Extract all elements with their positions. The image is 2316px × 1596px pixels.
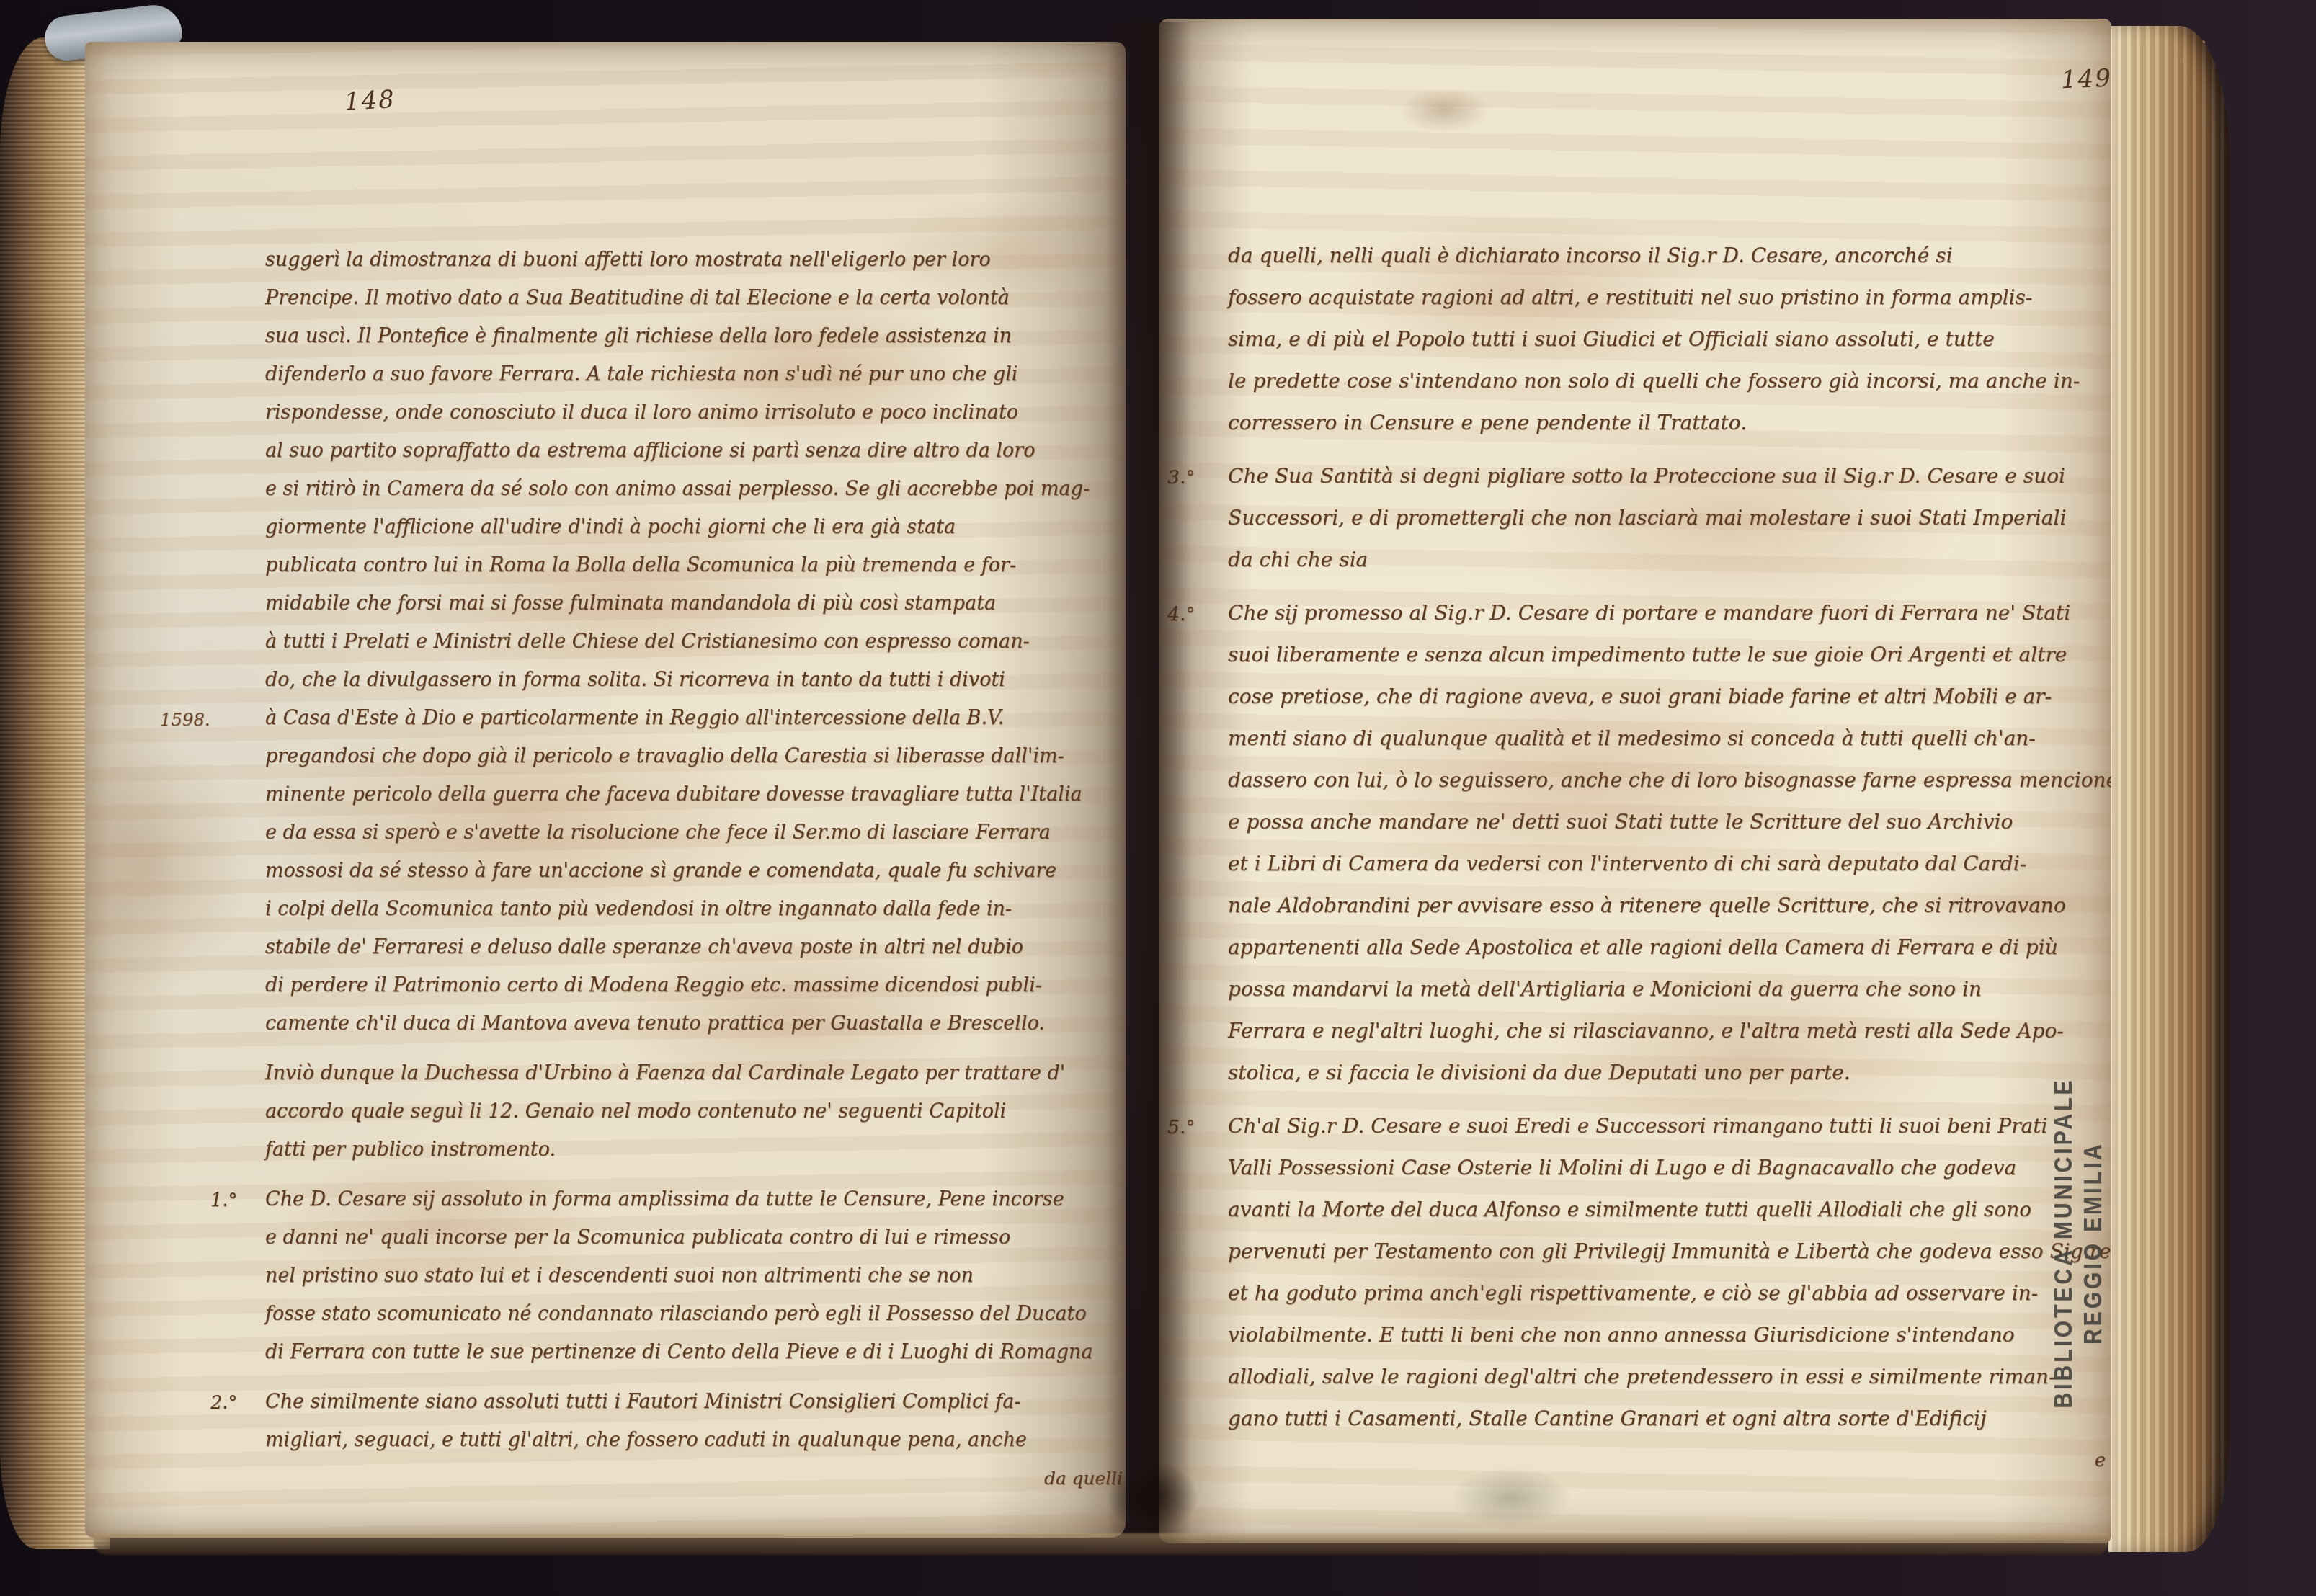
manuscript-line: sima, e di più el Popolo tutti i suoi Gi… (1228, 318, 2106, 360)
manuscript-line: 4.° Che sij promesso al Sig.r D. Cesare … (1228, 592, 2106, 634)
manuscript-line: et ha goduto prima anch'egli rispettivam… (1228, 1272, 2106, 1314)
manuscript-line: di Ferrara con tutte le sue pertinenze d… (265, 1333, 1123, 1371)
manuscript-line: stabile de' Ferraresi e deluso dalle spe… (265, 928, 1123, 966)
line-text: et ha goduto prima anch'egli rispettivam… (1228, 1281, 2038, 1305)
line-text: avanti la Morte del duca Alfonso e simil… (1228, 1198, 2031, 1221)
stamp-line-2: REGGIO EMILIA (2075, 1072, 2110, 1414)
manuscript-line: le predette cose s'intendano non solo di… (1228, 360, 2106, 402)
manuscript-line: giormente l'afflicione all'udire d'indi … (265, 508, 1123, 546)
manuscript-line: di perdere il Patrimonio certo di Modena… (265, 966, 1123, 1004)
manuscript-line: 2.° Che similmente siano assoluti tutti … (265, 1383, 1123, 1421)
line-text: appartenenti alla Sede Apostolica et all… (1228, 935, 2058, 959)
line-text: pregandosi che dopo già il pericolo e tr… (265, 745, 1064, 767)
manuscript-line: allodiali, salve le ragioni degl'altri c… (1228, 1356, 2106, 1398)
line-text: migliari, seguaci, e tutti gl'altri, che… (265, 1429, 1027, 1451)
manuscript-line: cose pretiose, che di ragione aveva, e s… (1228, 676, 2106, 718)
manuscript-line: Inviò dunque la Duchessa d'Urbino à Faen… (265, 1054, 1123, 1092)
manuscript-line: da quelli, nelli quali è dichiarato inco… (1228, 235, 2106, 277)
line-text: da chi che sia (1228, 548, 1368, 571)
line-text: Ch'al Sig.r D. Cesare e suoi Eredi e Suc… (1228, 1114, 2047, 1138)
capitolo-number: 4.° (1167, 594, 1195, 636)
manuscript-line: à tutti i Prelati e Ministri delle Chies… (265, 623, 1123, 661)
manuscript-line: dassero con lui, ò lo seguissero, anche … (1228, 759, 2106, 801)
line-text: sima, e di più el Popolo tutti i suoi Gi… (1228, 327, 1995, 351)
page-number-right: 149 (2060, 64, 2111, 94)
manuscript-line: possa mandarvi la metà dell'Artigliaria … (1228, 968, 2106, 1010)
line-text: nel pristino suo stato lui et i descende… (265, 1265, 974, 1287)
book-bottom-edge (94, 1533, 2108, 1555)
line-text: Prencipe. Il motivo dato a Sua Beatitudi… (265, 287, 1010, 309)
line-text: rispondesse, onde conosciuto il duca il … (265, 401, 1018, 424)
line-text: Valli Possessioni Case Osterie li Molini… (1228, 1156, 2016, 1180)
manuscript-line: 3.° Che Sua Santità si degni pigliare so… (1228, 455, 2106, 497)
line-text: camente ch'il duca di Mantova aveva tenu… (265, 1012, 1045, 1035)
line-text: dassero con lui, ò lo seguissero, anche … (1228, 768, 2111, 792)
manuscript-line: accordo quale seguì li 12. Genaio nel mo… (265, 1092, 1123, 1131)
manuscript-line: da chi che sia (1228, 539, 2106, 581)
line-text: fatti per publico instromento. (265, 1138, 556, 1161)
manuscript-line: i colpi della Scomunica tanto più vedend… (265, 890, 1123, 928)
manuscript-line: e danni ne' quali incorse per la Scomuni… (265, 1218, 1123, 1257)
line-text: midabile che forsi mai si fosse fulminat… (265, 592, 996, 615)
manuscript-line: stolica, e si faccia le divisioni da due… (1228, 1052, 2106, 1094)
line-text: Inviò dunque la Duchessa d'Urbino à Faen… (265, 1062, 1065, 1084)
manuscript-line: e si ritirò in Camera da sé solo con ani… (265, 470, 1123, 508)
capitolo-number: 2.° (210, 1384, 237, 1422)
line-text: e danni ne' quali incorse per la Scomuni… (265, 1226, 1010, 1249)
manuscript-line: suggerì la dimostranza di buoni affetti … (265, 241, 1123, 279)
line-text: nale Aldobrandini per avvisare esso à ri… (1228, 893, 2066, 917)
line-text: difenderlo a suo favore Ferrara. A tale … (265, 363, 1017, 385)
manuscript-line: fatti per publico instromento. (265, 1131, 1123, 1169)
manuscript-line: e (1228, 1440, 2106, 1481)
margin-note-year: 1598. (160, 700, 210, 739)
manuscript-line: pregandosi che dopo già il pericolo e tr… (265, 737, 1123, 775)
line-text: e possa anche mandare ne' detti suoi Sta… (1228, 810, 2013, 834)
manuscript-line: corressero in Censure e pene pendente il… (1228, 402, 2106, 444)
manuscript-line: fossero acquistate ragioni ad altri, e r… (1228, 277, 2106, 318)
line-text: sua uscì. Il Pontefice è finalmente gli … (265, 325, 1012, 347)
line-text: mossosi da sé stesso à fare un'accione s… (265, 860, 1056, 882)
manuscript-line: Ferrara e negl'altri luoghi, che si rila… (1228, 1010, 2106, 1052)
line-text: menti siano di qualunque qualità et il m… (1228, 726, 2036, 750)
line-text: do, che la divulgassero in forma solita.… (265, 669, 1005, 691)
line-text: Che Sua Santità si degni pigliare sotto … (1228, 464, 2065, 488)
manuscript-line: violabilmente. E tutti li beni che non a… (1228, 1314, 2106, 1356)
line-text: à Casa d'Este à Dio e particolarmente in… (265, 707, 1004, 729)
line-text: di perdere il Patrimonio certo di Modena… (265, 974, 1042, 997)
line-text: e (2095, 1450, 2106, 1471)
fore-edge-right (2108, 26, 2230, 1552)
manuscript-line: mossosi da sé stesso à fare un'accione s… (265, 852, 1123, 890)
line-text: i colpi della Scomunica tanto più vedend… (265, 898, 1012, 920)
line-text: Che sij promesso al Sig.r D. Cesare di p… (1228, 601, 2070, 625)
library-stamp: BIBLIOTECA MUNICIPALE REGGIO EMILIA (2042, 1072, 2111, 1414)
line-text: gano tutti i Casamenti, Stalle Cantine G… (1228, 1406, 1987, 1430)
line-text: allodiali, salve le ragioni degl'altri c… (1228, 1365, 2056, 1388)
manuscript-line: avanti la Morte del duca Alfonso e simil… (1228, 1189, 2106, 1231)
manuscript-line: 1.° Che D. Cesare sij assoluto in forma … (265, 1180, 1123, 1218)
manuscript-line: pervenuti per Testamento con gli Privile… (1228, 1231, 2106, 1272)
manuscript-line: suoi liberamente e senza alcun impedimen… (1228, 634, 2106, 676)
left-page: 148 suggerì la dimostranza di buoni affe… (85, 42, 1126, 1538)
manuscript-line: e possa anche mandare ne' detti suoi Sta… (1228, 801, 2106, 843)
manuscript-line: 5.° Ch'al Sig.r D. Cesare e suoi Eredi e… (1228, 1105, 2106, 1147)
manuscript-line: nale Aldobrandini per avvisare esso à ri… (1228, 885, 2106, 927)
manuscript-line: fosse stato scomunicato né condannato ri… (265, 1295, 1123, 1333)
manuscript-line: e da essa si sperò e s'avette la risoluc… (265, 813, 1123, 852)
line-text: Che similmente siano assoluti tutti i Fa… (265, 1391, 1021, 1413)
line-text: stabile de' Ferraresi e deluso dalle spe… (265, 936, 1023, 958)
manuscript-line: Prencipe. Il motivo dato a Sua Beatitudi… (265, 279, 1123, 317)
capitolo-number: 3.° (1167, 457, 1195, 499)
line-text: publicata contro lui in Roma la Bolla de… (265, 554, 1016, 576)
manuscript-line: nel pristino suo stato lui et i descende… (265, 1257, 1123, 1295)
manuscript-line: sua uscì. Il Pontefice è finalmente gli … (265, 317, 1123, 355)
line-text: et i Libri di Camera da vedersi con l'in… (1228, 852, 2026, 875)
line-text: cose pretiose, che di ragione aveva, e s… (1228, 685, 2052, 708)
line-text: al suo partito sopraffatto da estrema af… (265, 440, 1035, 462)
line-text: e si ritirò in Camera da sé solo con ani… (265, 478, 1090, 500)
line-text: e da essa si sperò e s'avette la risoluc… (265, 821, 1051, 844)
manuscript-line: al suo partito sopraffatto da estrema af… (265, 432, 1123, 470)
library-stamp-text: BIBLIOTECA MUNICIPALE REGGIO EMILIA (2049, 1072, 2108, 1414)
manuscript-line: minente pericolo della guerra che faceva… (265, 775, 1123, 813)
manuscript-line: da quelli (265, 1459, 1123, 1497)
line-text: violabilmente. E tutti li beni che non a… (1228, 1323, 2015, 1347)
manuscript-line: et i Libri di Camera da vedersi con l'in… (1228, 843, 2106, 885)
manuscript-line: appartenenti alla Sede Apostolica et all… (1228, 927, 2106, 968)
line-text: suoi liberamente e senza alcun impedimen… (1228, 643, 2067, 667)
line-text: Successori, e di promettergli che non la… (1228, 506, 2066, 530)
line-text: fosse stato scomunicato né condannato ri… (265, 1303, 1087, 1325)
line-text: corressero in Censure e pene pendente il… (1228, 411, 1747, 434)
page-number-left: 148 (344, 85, 396, 117)
line-text: giormente l'afflicione all'udire d'indi … (265, 516, 956, 538)
capitolo-number: 5.° (1167, 1107, 1195, 1149)
manuscript-line: migliari, seguaci, e tutti gl'altri, che… (265, 1421, 1123, 1459)
manuscript-line: Valli Possessioni Case Osterie li Molini… (1228, 1147, 2106, 1189)
line-text: accordo quale seguì li 12. Genaio nel mo… (265, 1100, 1006, 1123)
line-text: Che D. Cesare sij assoluto in forma ampl… (265, 1188, 1064, 1211)
line-text: possa mandarvi la metà dell'Artigliaria … (1228, 977, 1982, 1001)
capitolo-number: 1.° (210, 1182, 237, 1220)
left-text-block: suggerì la dimostranza di buoni affetti … (265, 241, 1123, 1497)
line-text: di Ferrara con tutte le sue pertinenze d… (265, 1341, 1093, 1363)
line-text: stolica, e si faccia le divisioni da due… (1228, 1061, 1850, 1084)
line-text: le predette cose s'intendano non solo di… (1228, 369, 2080, 393)
manuscript-line: gano tutti i Casamenti, Stalle Cantine G… (1228, 1398, 2106, 1440)
right-text-block: da quelli, nelli quali è dichiarato inco… (1228, 235, 2106, 1481)
manuscript-line: Successori, e di promettergli che non la… (1228, 497, 2106, 539)
line-text: da quelli, nelli quali è dichiarato inco… (1228, 244, 1953, 267)
line-text: fossero acquistate ragioni ad altri, e r… (1228, 285, 2032, 309)
manuscript-line: rispondesse, onde conosciuto il duca il … (265, 393, 1123, 432)
line-text: suggerì la dimostranza di buoni affetti … (265, 249, 991, 271)
manuscript-line: do, che la divulgassero in forma solita.… (265, 661, 1123, 699)
manuscript-photo: 148 suggerì la dimostranza di buoni affe… (0, 0, 2316, 1596)
manuscript-line: camente ch'il duca di Mantova aveva tenu… (265, 1004, 1123, 1043)
right-page: 149 da quelli, nelli quali è dichiarato … (1159, 19, 2111, 1543)
manuscript-line: menti siano di qualunque qualità et il m… (1228, 718, 2106, 759)
line-text: minente pericolo della guerra che faceva… (265, 783, 1082, 806)
manuscript-line: 1598. à Casa d'Este à Dio e particolarme… (265, 699, 1123, 737)
line-text: Ferrara e negl'altri luoghi, che si rila… (1228, 1019, 2064, 1043)
manuscript-line: difenderlo a suo favore Ferrara. A tale … (265, 355, 1123, 393)
line-text: à tutti i Prelati e Ministri delle Chies… (265, 630, 1030, 653)
manuscript-line: publicata contro lui in Roma la Bolla de… (265, 546, 1123, 584)
line-text: pervenuti per Testamento con gli Privile… (1228, 1239, 2111, 1263)
manuscript-line: midabile che forsi mai si fosse fulminat… (265, 584, 1123, 623)
